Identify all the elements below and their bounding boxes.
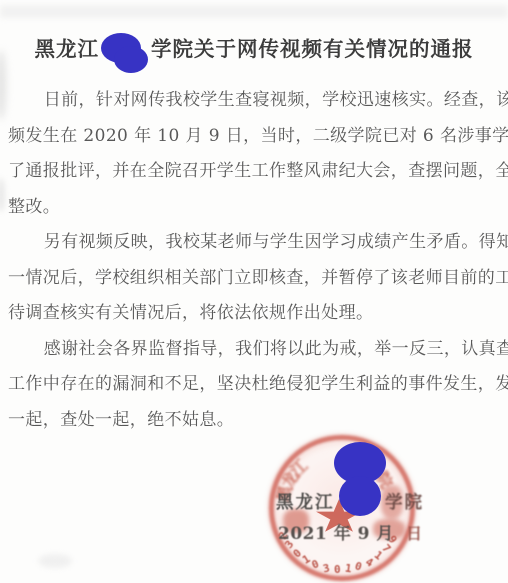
redaction-blob-seal xyxy=(332,442,388,518)
notice-document-photo: 黑龙江 学院关于网传视频有关情况的通报 日前，针对网传我校学生查寝视频，学校迅速… xyxy=(0,0,508,583)
notice-title-suffix: 学院关于网传视频有关情况的通报 xyxy=(151,32,474,62)
signature-school-name-prefix: 黑龙江 xyxy=(276,489,335,514)
body-line: 工作中存在的漏洞和不足，坚决杜绝侵犯学生利益的事件发生，发现 xyxy=(8,367,498,403)
redaction-blob-title xyxy=(101,33,149,73)
notice-title-prefix: 黑龙江 xyxy=(35,32,100,62)
seal-serial-digit: 1 xyxy=(344,562,352,576)
body-line: 日前，针对网传我校学生查寝视频，学校迅速核实。经查，该视 xyxy=(8,83,498,119)
photo-artifact-smudge xyxy=(38,554,72,568)
photo-artifact-smudge xyxy=(0,178,5,212)
body-line: 了通报批评，并在全院召开学生工作整风肃纪大会，查摆问题，全面 xyxy=(8,154,498,190)
signature-school-name-suffix: 学院 xyxy=(385,489,424,514)
seal-serial-digit: 0 xyxy=(334,563,341,576)
body-line: 一起，查处一起，绝不姑息。 xyxy=(8,403,498,439)
photo-artifact-top-band xyxy=(0,5,508,18)
notice-title: 黑龙江 学院关于网传视频有关情况的通报 xyxy=(0,27,508,67)
body-line: 另有视频反映，我校某老师与学生因学习成绩产生矛盾。得知这 xyxy=(8,225,498,261)
body-line: 待调查核实有关情况后，将依法依规作出处理。 xyxy=(8,296,498,332)
body-line: 感谢社会各界监督指导，我们将以此为戒，举一反三，认真查找 xyxy=(8,332,498,368)
body-line: 一情况后，学校组织相关部门立即核查，并暂停了该老师目前的工作， xyxy=(8,261,498,297)
notice-body: 日前，针对网传我校学生查寝视频，学校迅速核实。经查，该视频发生在 2020 年 … xyxy=(8,83,498,438)
body-line: 频发生在 2020 年 10 月 9 日，当时，二级学院已对 6 名涉事学生进行 xyxy=(8,119,498,155)
date-line: 2021 年 9 月 xyxy=(278,519,394,544)
body-line: 整改。 xyxy=(8,190,498,226)
date-day-suffix: 日 xyxy=(406,521,422,544)
